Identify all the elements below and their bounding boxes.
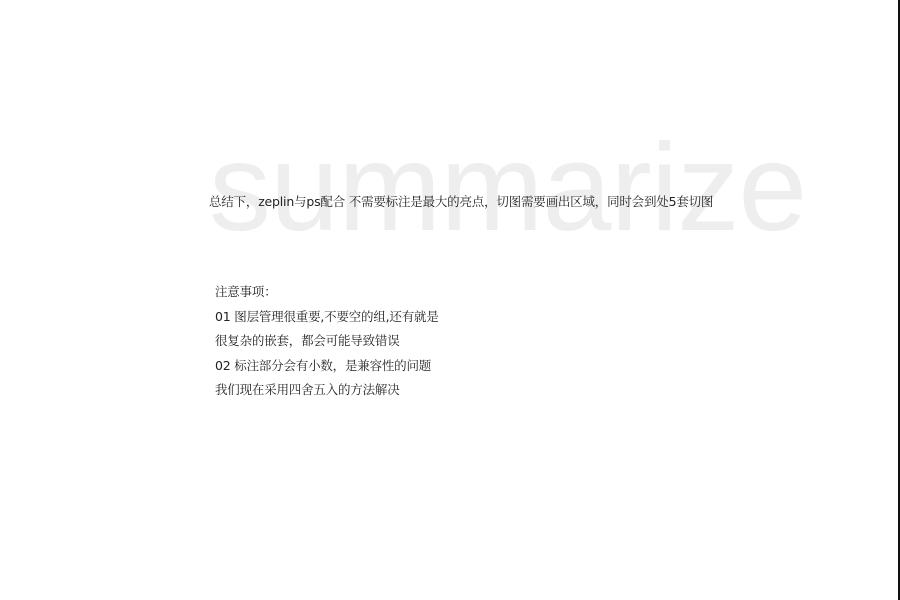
notes-line: 02 标注部分会有小数，是兼容性的问题 xyxy=(215,354,439,379)
watermark-text: summarize xyxy=(209,118,709,258)
notes-line: 我们现在采用四舍五入的方法解决 xyxy=(215,378,439,403)
notes-title: 注意事项： xyxy=(215,280,439,305)
notes-list: 注意事项： 01 图层管理很重要,不要空的组,还有就是 很复杂的嵌套，都会可能导… xyxy=(215,280,439,403)
notes-line: 01 图层管理很重要,不要空的组,还有就是 xyxy=(215,305,439,330)
slide: summarize 总结下，zeplin与ps配合 不需要标注是最大的亮点，切图… xyxy=(0,0,898,600)
summary-text: 总结下，zeplin与ps配合 不需要标注是最大的亮点，切图需要画出区域，同时会… xyxy=(209,193,713,211)
notes-line: 很复杂的嵌套，都会可能导致错误 xyxy=(215,329,439,354)
